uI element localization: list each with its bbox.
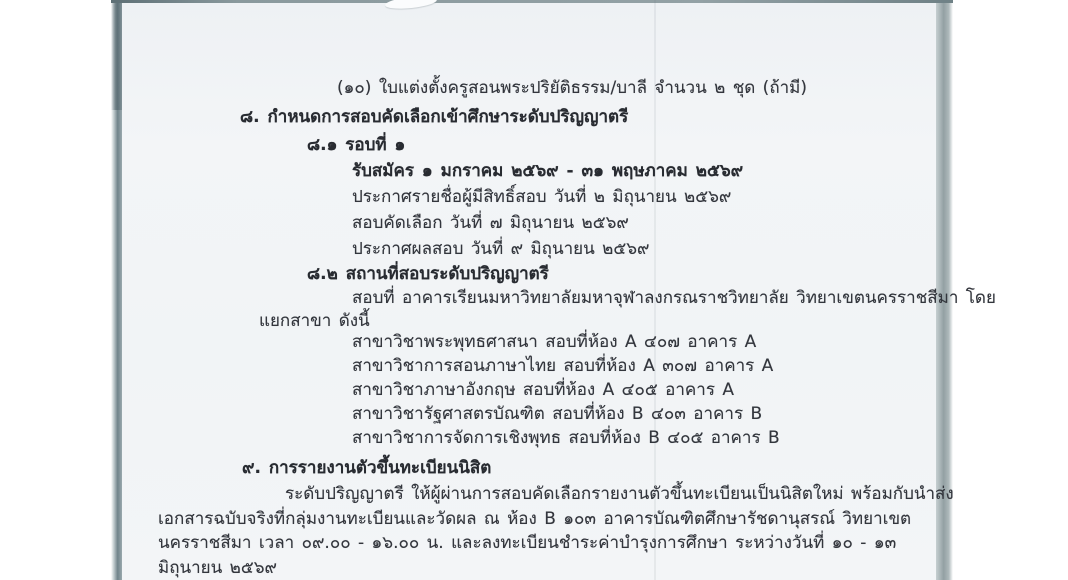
document-line: นครราชสีมา เวลา ๐๙.๐๐ - ๑๖.๐๐ น. และลงทะ… xyxy=(158,532,896,554)
document-line: ๙. การรายงานตัวขึ้นทะเบียนนิสิต xyxy=(242,457,491,479)
document-line: ๘. กำหนดการสอบคัดเลือกเข้าศึกษาระดับปริญ… xyxy=(240,106,628,128)
document-line: สาขาวิชาภาษาอังกฤษ สอบที่ห้อง A ๔๐๕ อาคา… xyxy=(352,379,734,401)
document-line: ๘.๑ รอบที่ ๑ xyxy=(307,134,405,156)
document-line: มิถุนายน ๒๕๖๙ xyxy=(158,557,277,579)
document-line: สาขาวิชาการสอนภาษาไทย สอบที่ห้อง A ๓๐๗ อ… xyxy=(352,355,773,377)
scanned-document-view: (๑๐) ใบแต่งตั้งครูสอนพระปริยัติธรรม/บาลี… xyxy=(0,0,1068,580)
document-line: แยกสาขา ดังนี้ xyxy=(259,310,370,332)
document-line: รับสมัคร ๑ มกราคม ๒๕๖๙ - ๓๑ พฤษภาคม ๒๕๖๙ xyxy=(352,160,743,182)
document-line: ประกาศรายชื่อผู้มีสิทธิ์สอบ วันที่ ๒ มิถ… xyxy=(352,186,731,208)
document-text-layer: (๑๐) ใบแต่งตั้งครูสอนพระปริยัติธรรม/บาลี… xyxy=(0,0,1068,580)
document-line: ๘.๒ สถานที่สอบระดับปริญญาตรี xyxy=(307,263,549,285)
document-line: ระดับปริญญาตรี ให้ผู้ผ่านการสอบคัดเลือกร… xyxy=(285,483,954,505)
document-line: สาขาวิชาพระพุทธศาสนา สอบที่ห้อง A ๔๐๗ อา… xyxy=(352,331,756,353)
document-line: เอกสารฉบับจริงที่กลุ่มงานทะเบียนและวัดผล… xyxy=(158,508,911,530)
document-line: สาขาวิชาการจัดการเชิงพุทธ สอบที่ห้อง B ๔… xyxy=(352,427,780,449)
document-line: ประกาศผลสอบ วันที่ ๙ มิถุนายน ๒๕๖๙ xyxy=(352,238,649,260)
document-line: สอบที่ อาคารเรียนมหาวิทยาลัยมหาจุฬาลงกรณ… xyxy=(352,287,996,309)
document-line: (๑๐) ใบแต่งตั้งครูสอนพระปริยัติธรรม/บาลี… xyxy=(337,77,807,99)
document-line: สอบคัดเลือก วันที่ ๗ มิถุนายน ๒๕๖๙ xyxy=(352,212,629,234)
document-line: สาขาวิชารัฐศาสตรบัณฑิต สอบที่ห้อง B ๔๐๓ … xyxy=(352,403,762,425)
